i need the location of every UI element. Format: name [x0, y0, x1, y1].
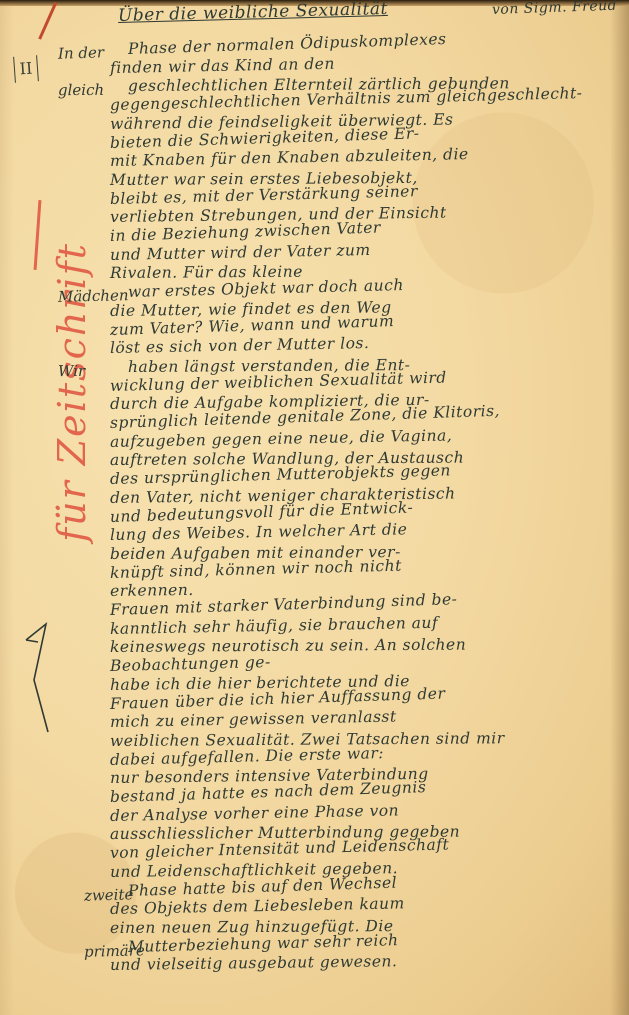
handwritten-line: löst es sich von der Mutter los. — [110, 334, 370, 357]
red-margin-stroke — [34, 200, 42, 270]
manuscript-page: Über die weibliche Sexualität von Sigm. … — [0, 0, 629, 1015]
manuscript-byline: von Sigm. Freud — [492, 0, 618, 18]
line-margin-word: gleich — [58, 81, 104, 99]
line-margin-word: Wir — [58, 362, 85, 380]
handwritten-line: mich zu einer gewissen veranlasst — [110, 708, 397, 731]
insertion-bracket-mark — [24, 620, 50, 738]
handwritten-line: und Mutter wird der Vater zum — [110, 241, 371, 264]
line-margin-word: In der — [58, 43, 105, 62]
handwritten-line: erkennen. — [110, 581, 194, 600]
red-pencil-mark — [38, 2, 62, 42]
roman-numeral-mark: II — [13, 55, 39, 83]
handwritten-line: finden wir das Kind an den — [110, 54, 335, 76]
handwritten-line: Beobachtungen ge- — [110, 653, 271, 675]
red-margin-note: für Zeitschrift — [50, 282, 94, 542]
handwritten-line: Phase der normalen Ödipuskomplexes — [128, 30, 447, 58]
handwritten-line: keineswegs neurotisch zu sein. An solche… — [110, 636, 466, 656]
handwritten-line: und vielseitig ausgebaut gewesen. — [110, 953, 398, 975]
handwritten-line: der Analyse vorher eine Phase von — [110, 801, 399, 825]
